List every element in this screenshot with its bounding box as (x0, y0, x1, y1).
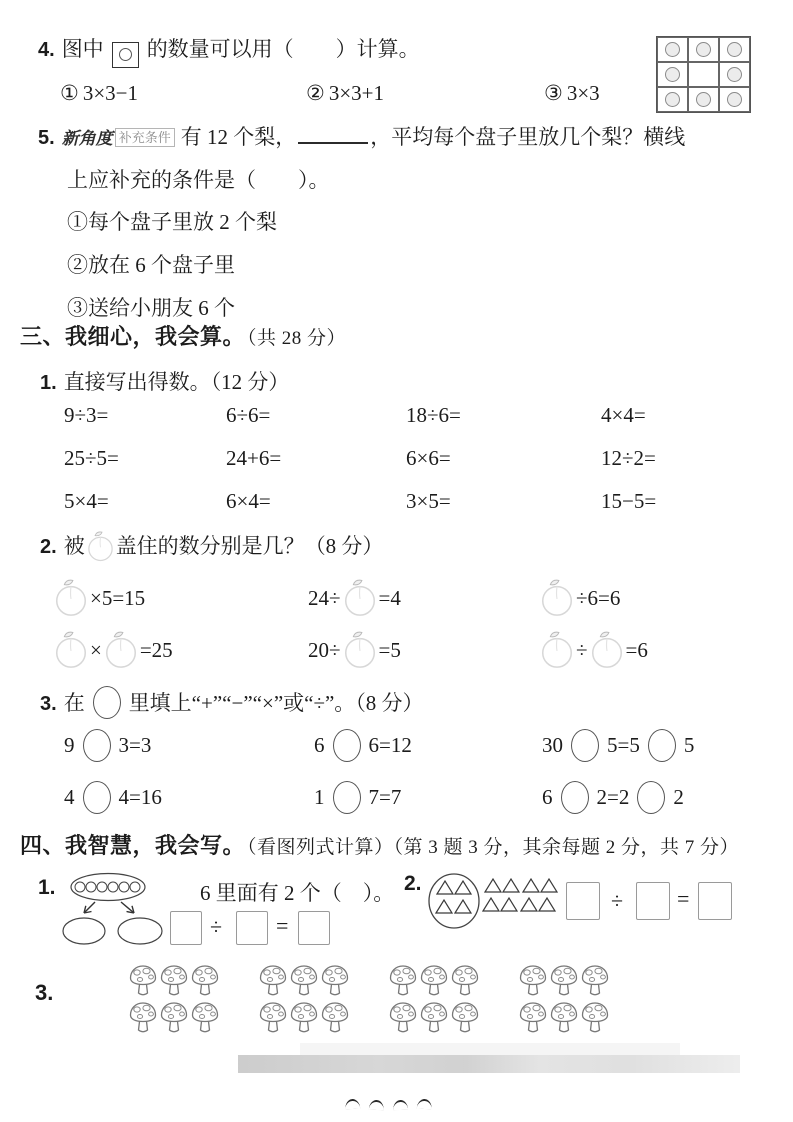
sub-question-number: 2. (404, 872, 422, 896)
sub-question-text: 被 (64, 534, 85, 558)
operator-circle (561, 781, 589, 814)
fill-blank-line[interactable] (298, 124, 368, 144)
section-3-title: 三、我细心，我会算。（共 28 分） (20, 320, 346, 351)
option-text: 3×3 (567, 81, 600, 105)
grid-cell (719, 62, 750, 87)
grid-cell (657, 37, 688, 62)
mushroom-group (128, 964, 221, 1038)
divide-sign: ÷ (210, 914, 222, 940)
circle-glyph (665, 92, 680, 107)
operator-circle (333, 781, 361, 814)
cover-equation[interactable]: ÷6=6 (538, 578, 620, 618)
calc-item[interactable]: 18÷6= (406, 403, 461, 428)
grid-cell (688, 37, 719, 62)
divide-sign: ÷ (611, 888, 623, 914)
operator-circle (637, 781, 665, 814)
answer-box[interactable] (698, 882, 732, 920)
badge-supplement-condition: 补充条件 (115, 128, 175, 147)
s3-q3-label: 3.在里填上“+”“−”“×”或“÷”。（8 分） (40, 686, 424, 719)
circle-glyph (727, 42, 742, 57)
section-subtitle: （看图列式计算）（第 3 题 3 分，其余每题 2 分，共 7 分） (247, 837, 739, 858)
sub-question-text: 直接写出得数。 (64, 370, 211, 394)
peach-cover (102, 630, 140, 670)
cutoff-footer-glyph (345, 1098, 361, 1109)
operator-circle-icon (93, 686, 121, 719)
equals-sign: = (276, 913, 288, 939)
peach-cover (52, 630, 90, 670)
calc-item[interactable]: 6×6= (406, 446, 451, 471)
grid-cell (688, 62, 719, 87)
option-marker: ② (306, 81, 325, 105)
sub-question-number: 1. (40, 372, 57, 394)
option-marker: ① (60, 81, 79, 105)
cover-equation[interactable]: ×=25 (52, 630, 173, 670)
question-text: 图中 (62, 37, 104, 61)
peach-cover (538, 630, 576, 670)
q4-option-1[interactable]: ①3×3−1 (60, 81, 138, 106)
circle-glyph (696, 92, 711, 107)
sub-question-score: （8 分） (355, 691, 423, 715)
question-text: 有 12 个梨， (181, 125, 297, 149)
sub-question-text: 里填上“+”“−”“×”或“÷”。 (129, 691, 356, 715)
answer-box[interactable] (298, 911, 330, 945)
operator-circle (333, 729, 361, 762)
mushroom-group (518, 964, 611, 1038)
q4-option-2[interactable]: ②3×3+1 (306, 81, 384, 106)
section-title-text: 四、我智慧，我会写。 (20, 833, 245, 858)
peach-cover (52, 578, 90, 618)
peach-cover (341, 630, 379, 670)
triangle-groups-diagram (428, 872, 558, 932)
question-number: 4. (38, 39, 55, 61)
operator-equation[interactable]: 44=16 (64, 781, 162, 814)
calc-item[interactable]: 6×4= (226, 489, 271, 514)
grid-cell (719, 87, 750, 112)
circle-glyph (665, 42, 680, 57)
answer-box[interactable] (566, 882, 600, 920)
cover-equation[interactable]: ×5=15 (52, 578, 145, 618)
operator-equation[interactable]: 93=3 (64, 729, 151, 762)
peach-cover-icon (85, 530, 116, 563)
peach-cover (538, 578, 576, 618)
option-marker: ③ (544, 81, 563, 105)
cover-equation[interactable]: 24÷=4 (308, 578, 401, 618)
answer-box[interactable] (236, 911, 268, 945)
q5-option-2[interactable]: ②放在 6 个盘子里 (67, 249, 235, 279)
sub-question-score: （12 分） (211, 370, 290, 394)
answer-box[interactable] (636, 882, 670, 920)
question-5-line2: 上应补充的条件是（ ）。 (67, 164, 330, 194)
q4-option-3[interactable]: ③3×3 (544, 81, 600, 106)
answer-box[interactable] (170, 911, 202, 945)
calc-item[interactable]: 5×4= (64, 489, 109, 514)
operator-equation[interactable]: 17=7 (314, 781, 401, 814)
sub-question-number: 3. (40, 693, 57, 715)
operator-circle (83, 729, 111, 762)
sub-question-number: 2. (40, 536, 57, 558)
question-text: ，平均每个盘子里放几个梨？横线 (370, 125, 685, 149)
section-score: （共 28 分） (247, 328, 346, 349)
q5-option-3[interactable]: ③送给小朋友 6 个 (67, 292, 235, 322)
mushroom-group (388, 964, 481, 1038)
scan-artifact-band (238, 1055, 740, 1073)
calc-item[interactable]: 24+6= (226, 446, 281, 471)
circle-grid-figure (656, 36, 751, 113)
sub-question-text: 盖住的数分别是几？ (116, 534, 305, 558)
sub-question-text: 在 (64, 691, 85, 715)
badge-new-angle: 新角度 (62, 129, 113, 148)
s3-q1-label: 1.直接写出得数。（12 分） (40, 366, 289, 396)
cutoff-footer-glyph (369, 1100, 385, 1111)
sub-question-number: 1. (38, 876, 56, 900)
q5-option-1[interactable]: ①每个盘子里放 2 个梨 (67, 206, 277, 236)
calc-item[interactable]: 9÷3= (64, 403, 108, 428)
section-title-text: 三、我细心，我会算。 (20, 324, 245, 349)
question-4-stem: 4.图中的数量可以用（ ）计算。 (38, 33, 420, 68)
s3-q2-label: 2.被盖住的数分别是几？（8 分） (40, 530, 383, 563)
grid-cell (688, 87, 719, 112)
cutoff-footer-glyph (393, 1100, 408, 1111)
mushroom-group (258, 964, 351, 1038)
circle-split-diagram (58, 872, 168, 946)
circle-glyph (119, 48, 132, 61)
question-text: 的数量可以用（ ）计算。 (147, 37, 420, 61)
operator-circle (648, 729, 676, 762)
calc-item[interactable]: 12÷2= (601, 446, 656, 471)
circle-glyph (665, 67, 680, 82)
scan-artifact-band-light (300, 1043, 680, 1055)
cover-equation[interactable]: ÷=6 (538, 630, 648, 670)
cutoff-footer-glyph (417, 1098, 433, 1109)
question-number: 5. (38, 127, 55, 149)
circle-glyph (696, 42, 711, 57)
grid-cell (657, 87, 688, 112)
sub-question-score: （8 分） (305, 534, 384, 558)
calc-item[interactable]: 25÷5= (64, 446, 119, 471)
section-4-title: 四、我智慧，我会写。（看图列式计算）（第 3 题 3 分，其余每题 2 分，共 … (20, 829, 739, 860)
option-text: 3×3−1 (83, 81, 138, 105)
operator-circle (83, 781, 111, 814)
grid-cell (719, 37, 750, 62)
equals-sign: = (677, 886, 689, 912)
s4-q1-text: 6 里面有 2 个（ ）。 (200, 877, 394, 907)
peach-cover (341, 578, 379, 618)
sub-question-number: 3. (35, 980, 53, 1006)
question-5-stem: 5.新角度补充条件有 12 个梨，，平均每个盘子里放几个梨？横线 (38, 121, 685, 151)
worksheet-page: 4.图中的数量可以用（ ）计算。 ①3×3−1 ②3×3+1 ③3×3 5.新角… (0, 0, 793, 1122)
operator-equation[interactable]: 66=12 (314, 729, 412, 762)
circle-in-box-icon (112, 42, 139, 68)
circle-glyph (727, 92, 742, 107)
cover-equation[interactable]: 20÷=5 (308, 630, 401, 670)
calc-item[interactable]: 15−5= (601, 489, 656, 514)
grid-cell (657, 62, 688, 87)
operator-circle (571, 729, 599, 762)
calc-item[interactable]: 4×4= (601, 403, 646, 428)
circle-glyph (727, 67, 742, 82)
operator-equation[interactable]: 305=55 (542, 729, 694, 762)
peach-cover (588, 630, 626, 670)
operator-equation[interactable]: 62=22 (542, 781, 684, 814)
calc-item[interactable]: 6÷6= (226, 403, 270, 428)
calc-item[interactable]: 3×5= (406, 489, 451, 514)
option-text: 3×3+1 (329, 81, 384, 105)
